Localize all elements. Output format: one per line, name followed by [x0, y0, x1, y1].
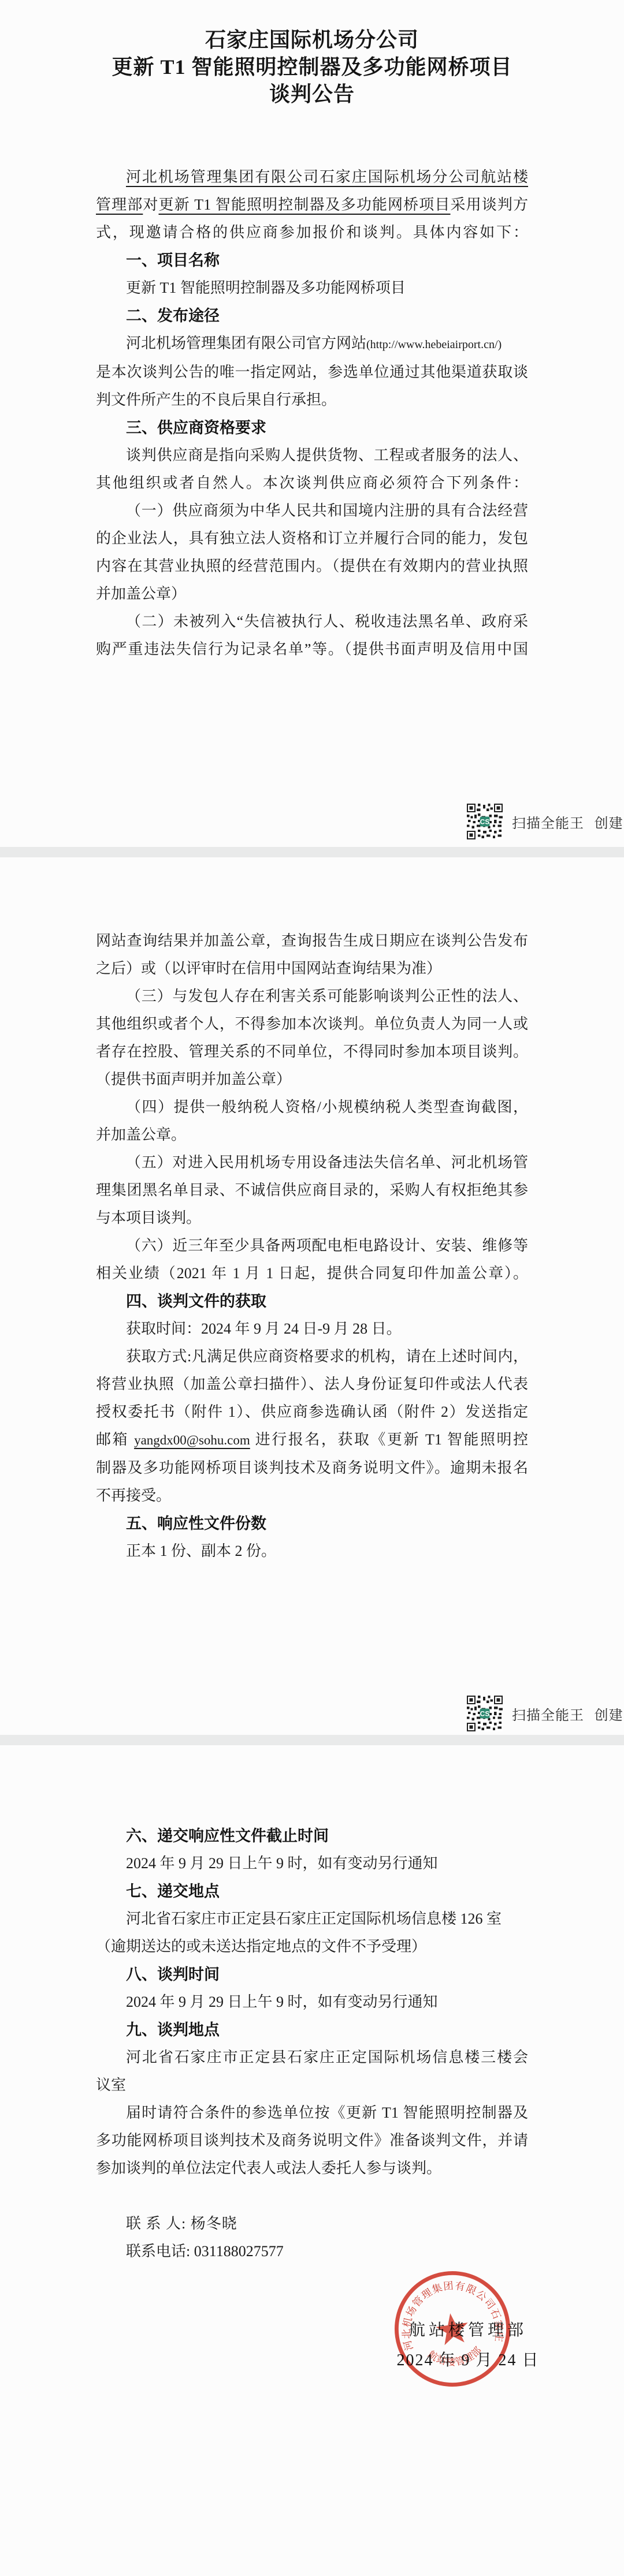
- underlined-text: 管理部: [96, 196, 143, 213]
- paragraph-line: 并加盖公章）: [96, 580, 528, 608]
- paragraph-line: 不再接受。: [96, 1482, 528, 1510]
- doc-title-line-1: 石家庄国际机场分公司: [0, 27, 624, 54]
- watermark-label: 扫描全能王 创建: [512, 812, 623, 832]
- page-divider: [0, 1735, 624, 1745]
- official-red-seal: 河北机场管理集团有限公司石家庄国际机场分公司 航站楼管理部: [384, 2260, 521, 2397]
- paragraph-line: （四）提供一般纳税人资格/小规模纳税人类型查询截图，: [96, 1093, 528, 1121]
- paragraph-line: 授权委托书（附件 1）、供应商参选确认函（附件 2）发送指定: [96, 1398, 528, 1426]
- section-heading-4: 四、谈判文件的获取: [96, 1287, 528, 1315]
- paragraph-line: 并加盖公章。: [96, 1121, 528, 1149]
- paragraph-line: （二）未被列入“失信被执行人、税收违法黑名单、政府采: [96, 608, 528, 636]
- plain-text: 进行报名，获取《更新 T1 智能照明控: [250, 1431, 528, 1448]
- section-heading-2: 二、发布途径: [96, 302, 528, 330]
- underlined-text: 更新 T1 智能照明控制器及多功能网桥项目: [158, 196, 450, 213]
- plain-text: 对: [143, 196, 158, 213]
- email-address: yangdx00@sohu.com: [134, 1433, 250, 1447]
- paragraph-line: 多功能网桥项目谈判技术及商务说明文件》准备谈判文件，并请: [96, 2127, 528, 2155]
- paragraph-line: 更新 T1 智能照明控制器及多功能网桥项目: [96, 274, 528, 302]
- paragraph-line: 相关业绩（2021 年 1 月 1 日起，提供合同复印件加盖公章）。: [96, 1260, 528, 1287]
- page-3: 六、递交响应性文件截止时间 2024 年 9 月 29 日上午 9 时，如有变动…: [0, 1745, 624, 2576]
- paragraph-line: 的企业法人，具有独立法人资格和订立并履行合同的能力，发包: [96, 525, 528, 552]
- camscanner-badge: CS: [480, 1709, 490, 1718]
- section-heading-7: 七、递交地点: [96, 1877, 528, 1905]
- paragraph-line: 河北省石家庄市正定县石家庄正定国际机场信息楼 126 室: [96, 1905, 528, 1933]
- paragraph-line: （三）与发包人存在利害关系可能影响谈判公正性的法人、: [96, 983, 528, 1010]
- page-2: 网站查询结果并加盖公章，查询报告生成日期应在谈判公告发布 之后）或（以评审时在信…: [0, 857, 624, 1735]
- paragraph-line: 河北机场管理集团有限公司官方网站(http://www.hebeiairport…: [96, 330, 528, 359]
- paragraph-line: 制器及多功能网桥项目谈判技术及商务说明文件》。逾期未报名: [96, 1454, 528, 1482]
- camscanner-badge: CS: [480, 817, 490, 826]
- page-3-body: 六、递交响应性文件截止时间 2024 年 9 月 29 日上午 9 时，如有变动…: [0, 1745, 624, 2265]
- paragraph-line: 内容在其营业执照的经营范围内。（提供在有效期内的营业执照: [96, 552, 528, 580]
- section-heading-9: 九、谈判地点: [96, 2016, 528, 2044]
- paragraph-line: 获取时间：2024 年 9 月 24 日-9 月 28 日。: [96, 1315, 528, 1343]
- section-heading-3: 三、供应商资格要求: [96, 414, 528, 442]
- paragraph-line: 之后）或（以评审时在信用中国网站查询结果为准）: [96, 955, 528, 983]
- paragraph-line: 是本次谈判公告的唯一指定网站，参选单位通过其他渠道获取谈: [96, 359, 528, 386]
- section-heading-8: 八、谈判时间: [96, 1961, 528, 1988]
- paragraph-line: 将营业执照（加盖公章扫描件）、法人身份证复印件或法人代表: [96, 1371, 528, 1398]
- camscanner-watermark: CS 扫描全能王 创建: [467, 804, 623, 839]
- doc-title-line-3: 谈判公告: [0, 81, 624, 108]
- paragraph-line: 邮箱 yangdx00@sohu.com 进行报名，获取《更新 T1 智能照明控: [96, 1426, 528, 1454]
- paragraph-line: 2024 年 9 月 29 日上午 9 时，如有变动另行通知: [96, 1850, 528, 1877]
- paragraph-line: （提供书面声明并加盖公章）: [96, 1066, 528, 1093]
- qr-code-icon: CS: [467, 804, 503, 839]
- paragraph-line: 理集团黑名单目录、不诚信供应商目录的，采购人有权拒绝其参: [96, 1177, 528, 1204]
- seal-star-icon: [434, 2311, 471, 2346]
- watermark-label: 扫描全能王 创建: [512, 1704, 623, 1724]
- paragraph-line: 其他组织或者自然人。本次谈判供应商必须符合下列条件：: [96, 469, 528, 497]
- seal-bottom-text: 航站楼管理部: [425, 2342, 485, 2372]
- paragraph-line: （五）对进入民用机场专用设备违法失信名单、河北机场管: [96, 1149, 528, 1177]
- paragraph-line: 2024 年 9 月 29 日上午 9 时，如有变动另行通知: [96, 1988, 528, 2016]
- section-heading-5: 五、响应性文件份数: [96, 1510, 528, 1537]
- paragraph-line: 谈判供应商是指向采购人提供货物、工程或者服务的法人、: [96, 442, 528, 469]
- paragraph-line: 判文件所产生的不良后果自行承担。: [96, 386, 528, 414]
- paragraph-line: 管理部对更新 T1 智能照明控制器及多功能网桥项目采用谈判方: [96, 191, 528, 219]
- section-heading-1: 一、项目名称: [96, 247, 528, 274]
- contact-name: 联 系 人: 杨冬晓: [96, 2210, 528, 2238]
- page-divider: [0, 847, 624, 857]
- paragraph-line: 河北机场管理集团有限公司石家庄国际机场分公司航站楼: [96, 163, 528, 191]
- plain-text: 采用谈判方: [451, 196, 528, 213]
- paragraph-line: 网站查询结果并加盖公章，查询报告生成日期应在谈判公告发布: [96, 927, 528, 955]
- paragraph-line: 获取方式:凡满足供应商资格要求的机构，请在上述时间内，: [96, 1343, 528, 1371]
- camscanner-watermark: CS 扫描全能王 创建: [467, 1696, 623, 1731]
- plain-text: 邮箱: [96, 1431, 134, 1448]
- svg-text:航站楼管理部: 航站楼管理部: [425, 2342, 485, 2372]
- paragraph-line: 议室: [96, 2071, 528, 2099]
- page-2-body: 网站查询结果并加盖公章，查询报告生成日期应在谈判公告发布 之后）或（以评审时在信…: [0, 857, 624, 1565]
- paragraph-line: 届时请符合条件的参选单位按《更新 T1 智能照明控制器及: [96, 2099, 528, 2127]
- paragraph-line: 河北省石家庄市正定县石家庄正定国际机场信息楼三楼会: [96, 2044, 528, 2071]
- paragraph-line: （逾期送达的或未送达指定地点的文件不予受理）: [96, 1933, 528, 1961]
- doc-title: 石家庄国际机场分公司 更新 T1 智能照明控制器及多功能网桥项目 谈判公告: [0, 0, 624, 108]
- website-url: (http://www.hebeiairport.cn/): [366, 338, 502, 351]
- page-1: 石家庄国际机场分公司 更新 T1 智能照明控制器及多功能网桥项目 谈判公告 河北…: [0, 0, 624, 847]
- paragraph-line: 其他组织或者个人，不得参加本次谈判。单位负责人为同一人或: [96, 1010, 528, 1038]
- plain-text: 河北机场管理集团有限公司官方网站: [126, 335, 366, 352]
- paragraph-line: 购严重违法失信行为记录名单”等。（提供书面声明及信用中国: [96, 636, 528, 663]
- paragraph-line: 式，现邀请合格的供应商参加报价和谈判。具体内容如下：: [96, 219, 528, 247]
- doc-title-line-2: 更新 T1 智能照明控制器及多功能网桥项目: [0, 54, 624, 81]
- paragraph-line: 正本 1 份、副本 2 份。: [96, 1537, 528, 1565]
- paragraph-line: （六）近三年至少具备两项配电柜电路设计、安装、维修等: [96, 1232, 528, 1260]
- scanned-document: 石家庄国际机场分公司 更新 T1 智能照明控制器及多功能网桥项目 谈判公告 河北…: [0, 0, 624, 2576]
- paragraph-line: 参加谈判的单位法定代表人或法人委托人参与谈判。: [96, 2155, 528, 2182]
- paragraph-line: 与本项目谈判。: [96, 1204, 528, 1232]
- underlined-text: 河北机场管理集团有限公司石家庄国际机场分公司航站楼: [126, 169, 528, 185]
- qr-code-icon: CS: [467, 1696, 503, 1731]
- paragraph-line: （一）供应商须为中华人民共和国境内注册的具有合法经营: [96, 497, 528, 525]
- contact-phone: 联系电话: 031188027577: [96, 2238, 528, 2265]
- section-heading-6: 六、递交响应性文件截止时间: [96, 1822, 528, 1850]
- paragraph-line: 者存在控股、管理关系的不同单位，不得同时参加本项目谈判。: [96, 1038, 528, 1066]
- page-1-body: 河北机场管理集团有限公司石家庄国际机场分公司航站楼 管理部对更新 T1 智能照明…: [0, 163, 624, 663]
